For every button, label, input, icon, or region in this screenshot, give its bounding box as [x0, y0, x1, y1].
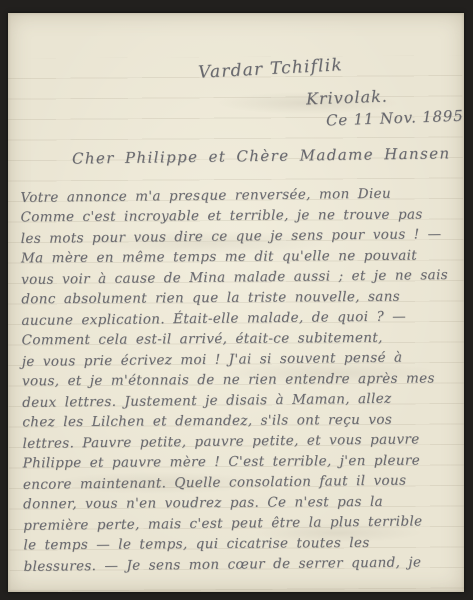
letter-date-line: Ce 11 Nov. 1895. — [326, 107, 464, 130]
letter-body: Votre annonce m'a presque renversée, mon… — [20, 183, 463, 576]
scan-background: Vardar Tchiflik Krivolak. Ce 11 Nov. 189… — [0, 0, 473, 600]
letter-location-line-2: Krivolak. — [306, 87, 388, 109]
letter-location-line-1: Vardar Tchiflik — [198, 55, 344, 83]
letter-salutation: Cher Philippe et Chère Madame Hansen — [72, 144, 451, 167]
letter-page: Vardar Tchiflik Krivolak. Ce 11 Nov. 189… — [8, 13, 464, 592]
letter-line: blessures. — Je sens mon cœur de serrer … — [24, 552, 464, 577]
